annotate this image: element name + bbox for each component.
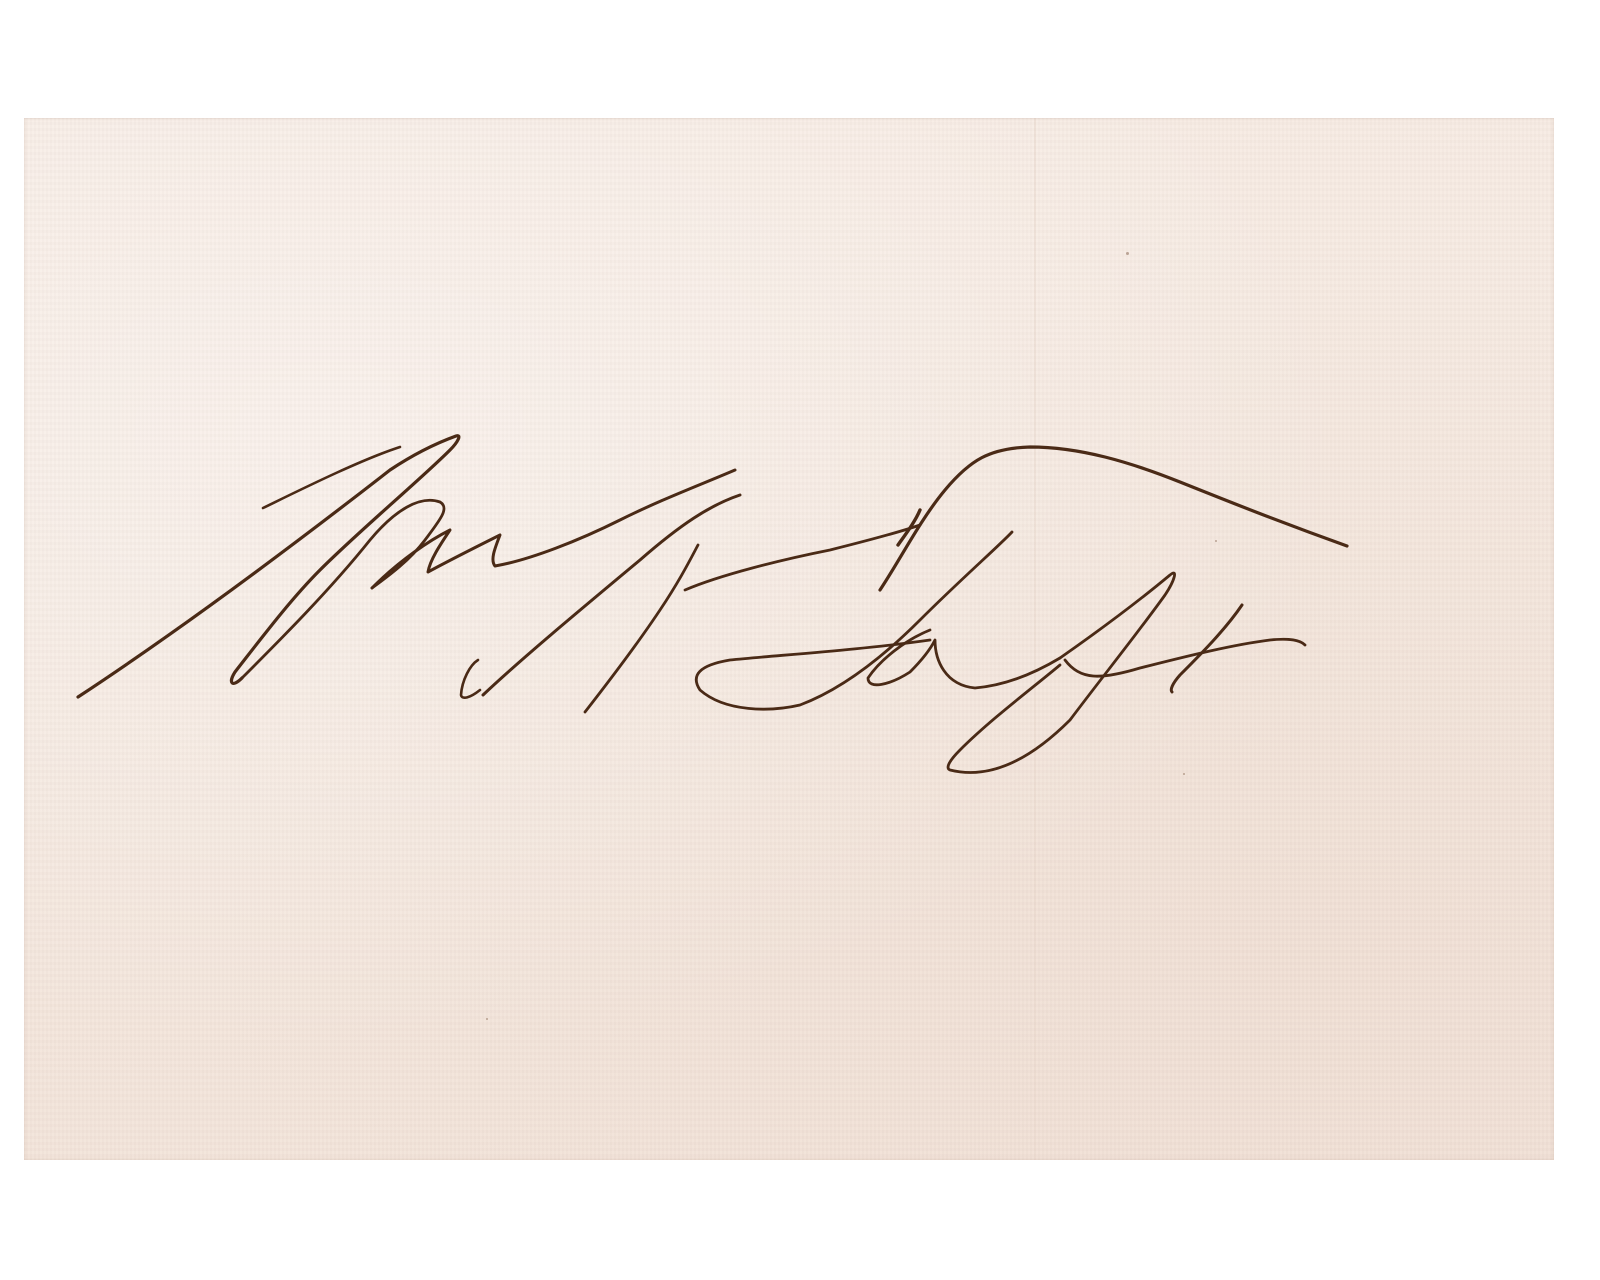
signature-ink <box>0 0 1600 1280</box>
